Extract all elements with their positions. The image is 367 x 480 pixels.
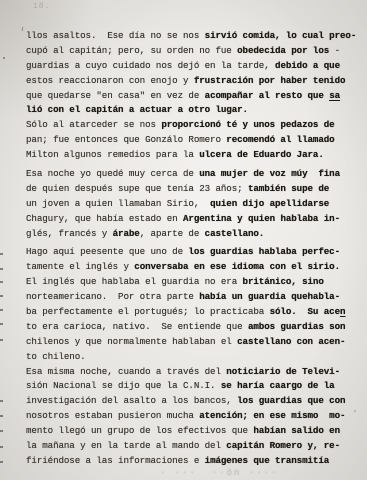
scan-artifact — [354, 410, 356, 412]
text-line: de quien después supe que tenía 23 años;… — [26, 182, 351, 197]
text-line: norteamericano. Por otra parte había un … — [26, 290, 351, 305]
text-line: Hago aquí peesente que uno de los guardi… — [26, 245, 351, 260]
text-line: glés, francés y árabe, aparte de castell… — [26, 227, 351, 242]
text-line: investigación del asalto a los bancos, l… — [26, 394, 351, 409]
text-line: la mañana y en la tarde al mando del cap… — [26, 439, 351, 454]
text-line: Chagury, que había estado en Argentina y… — [26, 212, 351, 227]
text-line: tamente el inglés y conversaba en ese id… — [26, 260, 351, 275]
text-line: chilenos y que normalmente hablaban el c… — [26, 335, 351, 350]
document-text: llos asaltos. Ese día no se nos sirvió c… — [26, 29, 351, 469]
scan-artifact — [0, 309, 3, 311]
text-line: Esa noche yo quedé muy cerca de una muje… — [26, 167, 351, 182]
text-line: to era carioca, nativo. Se entiende que … — [26, 320, 351, 335]
text-line: lió con el capitán a actuar a otro lugar… — [26, 103, 351, 118]
text-line: un joven a quien llamaban Sirio, quien d… — [26, 197, 351, 212]
scan-artifact — [3, 57, 5, 59]
text-line: estos reaccionaron con enojo y frustraci… — [26, 74, 351, 89]
text-line: sión Nacional se dijo que la C.N.I. se h… — [26, 379, 351, 394]
text-line: El inglés que hablaba el guardia no era … — [26, 275, 351, 290]
text-line: firiéndose a las informaciones e imágene… — [26, 454, 351, 469]
page-number: 18. — [33, 2, 50, 11]
scan-artifact — [0, 339, 3, 341]
text-line: guardias a cuyo cuidado nos dejó en la t… — [26, 59, 351, 74]
scan-artifact — [0, 281, 3, 283]
document-lines: llos asaltos. Ese día no se nos sirvió c… — [26, 29, 351, 469]
text-line: Esa misma noche, cuando a través del not… — [26, 365, 351, 380]
scan-artifact — [0, 268, 3, 270]
scan-artifact — [0, 323, 3, 325]
scan-artifact — [0, 415, 3, 417]
scan-artifact — [0, 430, 3, 432]
text-line: pan; fue entonces que Gonzálo Romero rec… — [26, 133, 351, 148]
text-line: Sólo al atarceder se nos proporcionó té … — [26, 118, 351, 133]
text-line: llos asaltos. Ese día no se nos sirvió c… — [26, 29, 351, 44]
ghost-next-line: · ··· ··ón ···· — [160, 468, 278, 478]
scan-artifact — [0, 295, 3, 297]
scan-artifact — [0, 253, 3, 255]
scan-artifact — [0, 446, 3, 448]
text-line: to chileno. — [26, 350, 351, 365]
text-line: que quedarse "en casa" en vez de acompañ… — [26, 89, 351, 104]
text-line: nosotros estaban pusieron mucha atención… — [26, 409, 351, 424]
text-line: ba perfectamente el portugués; lo practi… — [26, 305, 351, 320]
text-line: cupó al capitán; pero, su orden no fue o… — [26, 44, 351, 59]
text-line: mento llegó un grupo de los efectivos qu… — [26, 424, 351, 439]
text-line: Milton algunos remedios para la ulcera d… — [26, 148, 351, 163]
scan-artifact — [0, 461, 3, 463]
scan-artifact — [0, 400, 3, 402]
